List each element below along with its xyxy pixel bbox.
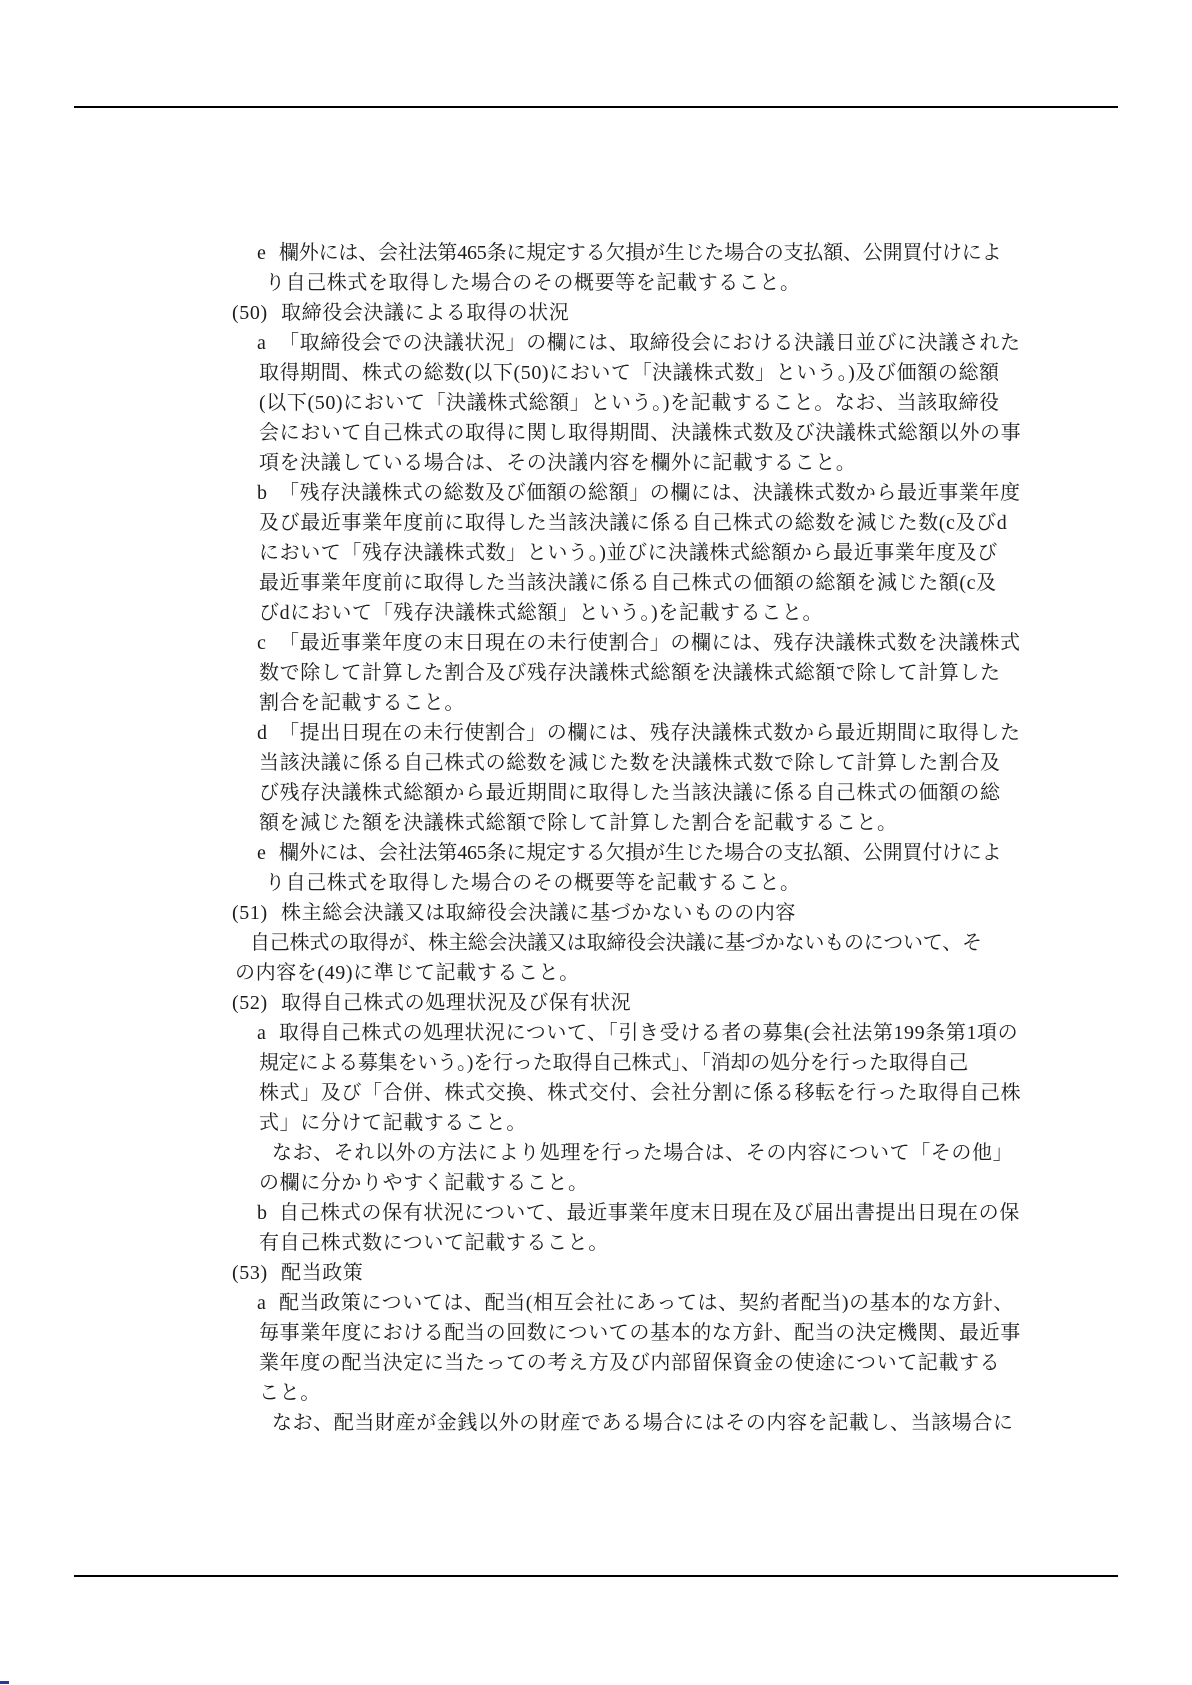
line-text: びdにおいて「残存決議株式総額」という。)を記載すること。 [259, 602, 823, 624]
item-letter: d [257, 718, 279, 748]
line-text: 取得期間、株式の総数(以下(50)において「決議株式数」という。)及び価額の総額 [259, 362, 1000, 384]
text-line: 会において自己株式の取得に関し取得期間、決議株式数及び決議株式総額以外の事 [259, 418, 1192, 448]
text-line: 数で除して計算した割合及び残存決議株式総額を決議株式総額で除して計算した [259, 658, 1192, 688]
line-text: 欄外には、会社法第465条に規定する欠損が生じた場合の支払額、公開買付けによ [279, 842, 1001, 864]
line-text: 取得自己株式の処理状況及び保有状況 [281, 992, 631, 1014]
line-text: 規定による募集をいう。)を行った取得自己株式」、「消却の処分を行った取得自己 [259, 1052, 968, 1074]
text-line: びdにおいて「残存決議株式総額」という。)を記載すること。 [259, 598, 1192, 628]
document-lines: e欄外には、会社法第465条に規定する欠損が生じた場合の支払額、公開買付けにより… [0, 238, 1192, 1438]
text-line: こと。 [259, 1378, 1192, 1408]
text-line: の欄に分かりやすく記載すること。 [259, 1168, 1192, 1198]
line-text: 業年度の配当決定に当たっての考え方及び内部留保資金の使途について記載する [259, 1352, 1000, 1374]
text-line: (52)取得自己株式の処理状況及び保有状況 [232, 988, 1192, 1018]
text-line: d「提出日現在の未行使割合」の欄には、残存決議株式数から最近期間に取得した [257, 718, 1192, 748]
text-line: 当該決議に係る自己株式の総数を減じた数を決議株式数で除して計算した割合及 [259, 748, 1192, 778]
line-text: 株式」及び「合併、株式交換、株式交付、会社分割に係る移転を行った取得自己株 [259, 1082, 1021, 1104]
line-text: 配当政策 [281, 1262, 363, 1284]
item-letter: a [257, 1018, 279, 1048]
line-text: こと。 [259, 1382, 321, 1404]
line-text: 「最近事業年度の末日現在の未行使割合」の欄には、残存決議株式数を決議株式 [279, 632, 1021, 654]
text-line: (53)配当政策 [232, 1258, 1192, 1288]
text-line: 式」に分けて記載すること。 [259, 1108, 1192, 1138]
item-letter: c [257, 628, 279, 658]
document-page: e欄外には、会社法第465条に規定する欠損が生じた場合の支払額、公開買付けにより… [0, 0, 1192, 1685]
line-text: 有自己株式数について記載すること。 [259, 1232, 609, 1254]
text-line: b「残存決議株式の総数及び価額の総額」の欄には、決議株式数から最近事業年度 [257, 478, 1192, 508]
text-line: e欄外には、会社法第465条に規定する欠損が生じた場合の支払額、公開買付けによ [257, 838, 1192, 868]
line-text: 「提出日現在の未行使割合」の欄には、残存決議株式数から最近期間に取得した [279, 722, 1021, 744]
line-text: 「残存決議株式の総数及び価額の総額」の欄には、決議株式数から最近事業年度 [279, 482, 1021, 504]
corner-mark [0, 1681, 9, 1684]
line-text: り自己株式を取得した場合のその概要等を記載すること。 [265, 272, 801, 294]
text-line: 毎事業年度における配当の回数についての基本的な方針、配当の決定機関、最近事 [259, 1318, 1192, 1348]
text-line: 業年度の配当決定に当たっての考え方及び内部留保資金の使途について記載する [259, 1348, 1192, 1378]
text-line: 割合を記載すること。 [259, 688, 1192, 718]
line-text: 欄外には、会社法第465条に規定する欠損が生じた場合の支払額、公開買付けによ [279, 242, 1001, 264]
item-letter: b [257, 478, 279, 508]
line-text: 株主総会決議又は取締役会決議に基づかないものの内容 [281, 902, 796, 924]
item-letter: e [257, 838, 279, 868]
line-text: 数で除して計算した割合及び残存決議株式総額を決議株式総額で除して計算した [259, 662, 1001, 684]
text-line: 有自己株式数について記載すること。 [259, 1228, 1192, 1258]
text-line: の内容を(49)に準じて記載すること。 [235, 958, 1192, 988]
line-text: 額を減じた額を決議株式総額で除して計算した割合を記載すること。 [259, 812, 898, 834]
text-line: e欄外には、会社法第465条に規定する欠損が生じた場合の支払額、公開買付けによ [257, 238, 1192, 268]
line-text: び残存決議株式総額から最近期間に取得した当該決議に係る自己株式の価額の総 [259, 782, 1001, 804]
text-line: 自己株式の取得が、株主総会決議又は取締役会決議に基づかないものについて、そ [250, 928, 1192, 958]
text-line: 及び最近事業年度前に取得した当該決議に係る自己株式の総数を減じた数(c及びd [259, 508, 1192, 538]
line-text: り自己株式を取得した場合のその概要等を記載すること。 [265, 872, 801, 894]
bottom-rule [74, 1575, 1118, 1577]
line-text: 割合を記載すること。 [259, 692, 465, 714]
item-number: (50) [232, 298, 281, 328]
item-letter: a [257, 328, 279, 358]
line-text: 式」に分けて記載すること。 [259, 1112, 527, 1134]
item-number: (51) [232, 898, 281, 928]
text-line: 株式」及び「合併、株式交換、株式交付、会社分割に係る移転を行った取得自己株 [259, 1078, 1192, 1108]
line-text: の欄に分かりやすく記載すること。 [259, 1172, 589, 1194]
item-number: (53) [232, 1258, 281, 1288]
text-line: a取得自己株式の処理状況について、「引き受ける者の募集(会社法第199条第1項の [257, 1018, 1192, 1048]
line-text: 当該決議に係る自己株式の総数を減じた数を決議株式数で除して計算した割合及 [259, 752, 1001, 774]
line-text: なお、配当財産が金銭以外の財産である場合にはその内容を記載し、当該場合に [272, 1412, 1014, 1434]
line-text: の内容を(49)に準じて記載すること。 [235, 962, 580, 984]
text-line: 規定による募集をいう。)を行った取得自己株式」、「消却の処分を行った取得自己 [259, 1048, 1192, 1078]
line-text: (以下(50)において「決議株式総額」という。)を記載すること。なお、当該取締役 [259, 392, 1000, 414]
text-line: (51)株主総会決議又は取締役会決議に基づかないものの内容 [232, 898, 1192, 928]
text-line: なお、それ以外の方法により処理を行った場合は、その内容について「その他」 [272, 1138, 1192, 1168]
item-letter: a [257, 1288, 279, 1318]
line-text: 会において自己株式の取得に関し取得期間、決議株式数及び決議株式総額以外の事 [259, 422, 1021, 444]
text-line: 額を減じた額を決議株式総額で除して計算した割合を記載すること。 [259, 808, 1192, 838]
line-text: 取得自己株式の処理状況について、「引き受ける者の募集(会社法第199条第1項の [279, 1022, 1018, 1044]
text-line: a「取締役会での決議状況」の欄には、取締役会における決議日並びに決議された [257, 328, 1192, 358]
line-text: 項を決議している場合は、その決議内容を欄外に記載すること。 [259, 452, 856, 474]
text-line: b自己株式の保有状況について、最近事業年度末日現在及び届出書提出日現在の保 [257, 1198, 1192, 1228]
text-line: (以下(50)において「決議株式総額」という。)を記載すること。なお、当該取締役 [259, 388, 1192, 418]
text-line: なお、配当財産が金銭以外の財産である場合にはその内容を記載し、当該場合に [272, 1408, 1192, 1438]
item-letter: e [257, 238, 279, 268]
top-rule [74, 106, 1118, 108]
line-text: 最近事業年度前に取得した当該決議に係る自己株式の価額の総額を減じた額(c及 [259, 572, 997, 594]
text-line: (50)取締役会決議による取得の状況 [232, 298, 1192, 328]
line-text: 自己株式の保有状況について、最近事業年度末日現在及び届出書提出日現在の保 [279, 1202, 1020, 1224]
line-text: 及び最近事業年度前に取得した当該決議に係る自己株式の総数を減じた数(c及びd [259, 512, 1007, 534]
text-line: 取得期間、株式の総数(以下(50)において「決議株式数」という。)及び価額の総額 [259, 358, 1192, 388]
item-letter: b [257, 1198, 279, 1228]
line-text: において「残存決議株式数」という。)並びに決議株式総額から最近事業年度及び [259, 542, 998, 564]
text-line: 最近事業年度前に取得した当該決議に係る自己株式の価額の総額を減じた額(c及 [259, 568, 1192, 598]
line-text: 取締役会決議による取得の状況 [281, 302, 569, 324]
line-text: 配当政策については、配当(相互会社にあっては、契約者配当)の基本的な方針、 [279, 1292, 1014, 1314]
line-text: 自己株式の取得が、株主総会決議又は取締役会決議に基づかないものについて、そ [250, 932, 982, 954]
text-line: り自己株式を取得した場合のその概要等を記載すること。 [265, 268, 1192, 298]
item-number: (52) [232, 988, 281, 1018]
line-text: 毎事業年度における配当の回数についての基本的な方針、配当の決定機関、最近事 [259, 1322, 1021, 1344]
text-line: において「残存決議株式数」という。)並びに決議株式総額から最近事業年度及び [259, 538, 1192, 568]
line-text: なお、それ以外の方法により処理を行った場合は、その内容について「その他」 [272, 1142, 1013, 1164]
text-line: び残存決議株式総額から最近期間に取得した当該決議に係る自己株式の価額の総 [259, 778, 1192, 808]
text-line: 項を決議している場合は、その決議内容を欄外に記載すること。 [259, 448, 1192, 478]
text-line: り自己株式を取得した場合のその概要等を記載すること。 [265, 868, 1192, 898]
text-line: c「最近事業年度の末日現在の未行使割合」の欄には、残存決議株式数を決議株式 [257, 628, 1192, 658]
line-text: 「取締役会での決議状況」の欄には、取締役会における決議日並びに決議された [279, 332, 1021, 354]
text-line: a配当政策については、配当(相互会社にあっては、契約者配当)の基本的な方針、 [257, 1288, 1192, 1318]
